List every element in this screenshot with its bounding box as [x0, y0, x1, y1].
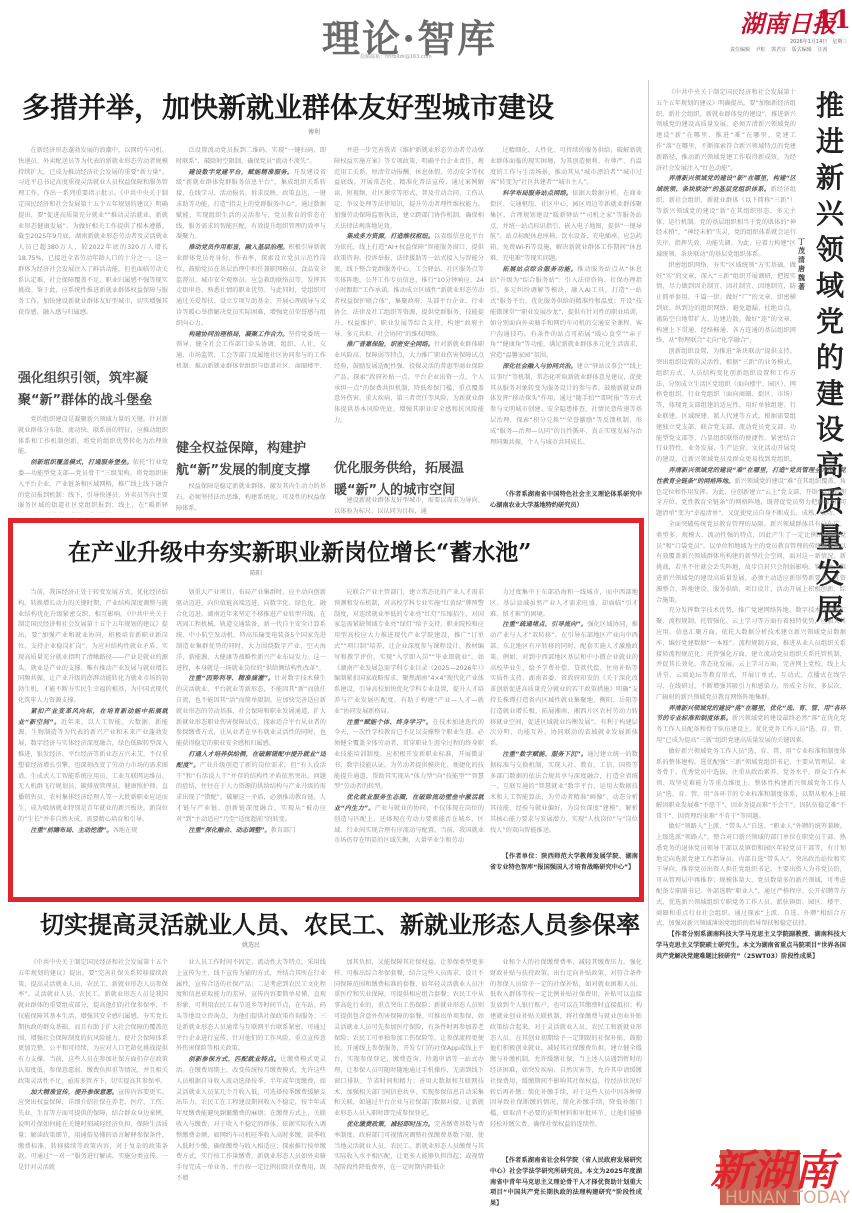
article-1-byline: 傅利: [308, 127, 320, 136]
paragraph-lead: 创新参保方式，匹配就业特点。: [188, 1056, 280, 1063]
article-3-col-2: 业人员工作时间不固定、流动性大等特点，采用线上宣传为主、线下宣传为辅的方式，并结…: [176, 958, 326, 1208]
paragraph: 强化区域协同，推动产业与人才“双转移”。在引导东部地区产业向中西部、东北地区有序…: [490, 621, 638, 747]
paragraph: 在新经济形态蓬勃发展的浪潮中，以网约车司机、快递员、外卖配送员等为代表的新就业形…: [18, 146, 168, 319]
paragraph: 依据大数据分析，在商业街区、交通枢纽、社区中心、园区周边等新就业群体聚集区，合理…: [490, 190, 642, 262]
editors: 责任编辑 尹虹 郭君宜 版式编辑 汪茜: [730, 46, 827, 53]
article-2-col-3: 应联合产业主管部门，建立常态化的产业人才需求预测和发布机制，对高校学科专业实施“…: [334, 588, 484, 893]
paragraph: 完善缴费基数与费率制度。政府部门可视情况调整社保缴费基数下限，使当地灵活就业人员…: [334, 1121, 484, 1171]
paragraph: 充分发挥数字技术优势，推广党建网络阵地。数字技术在信息汇聚、流程规制、托管强化、…: [656, 606, 846, 703]
author-note: （作者系湖南省中国特色社会主义理论体系研究中心湖南农业大学基地特约研究员）: [490, 490, 642, 512]
article-1-subhead-2: 健全权益保障，构建护航“新”发展的制度支撑: [176, 438, 326, 482]
article-1-col-1: 在新经济形态蓬勃发展的浪潮中，以网约车司机、快递员、外卖配送员等为代表的新就业形…: [18, 146, 168, 368]
paragraph: 加其负担，又能保障其社保权益。让参保类型更多样。可推出综合参保套餐，结合这些人员…: [334, 958, 484, 1120]
paragraph-lead: 注重“赋能个体、终身学习”。: [346, 719, 432, 726]
paragraph: 开发建设省级“新就业群体党群服务信息平台”，集成组织关系转接、在线学习、活动报名…: [176, 169, 326, 241]
paragraph: 针对新就业群体职业风险高、保障弱等特点，大力推广职业伤害保障试点经验，鼓励发展适…: [334, 341, 484, 424]
paragraph: 权益保障是稳定新就业群体、激发其内生动力的基石。必须坚持法治思维，构建系统化、可…: [176, 482, 326, 514]
paragraph: 做好“领路人”上派、“带头人”自选、“职业人”外聘的统筹兼顾。上级选派“领路人”…: [656, 822, 846, 930]
paragraph-lead: 推动党员作用彰显，融入基层治理。: [188, 244, 288, 251]
paragraph: 做好新兴领域党务工作人员“选、育、管、用”专业标准和制度体系的整体建构。选优配强…: [656, 747, 846, 823]
paragraph: 产业升级创造了新的岗位需求，但“有人没活干”和“有活没人干”并存的结构性矛盾依然…: [176, 762, 326, 823]
article-3-col-1: 《中共中央关于制定国民经济和社会发展第十五个五年规划的建议》提出，要“完善社保关…: [18, 958, 168, 1208]
paragraph: 推动服务站点从“休息站”升级为“综合服务站”：引入法律咨询、社保办理指引、多元纠…: [490, 266, 642, 359]
paragraph-lead: 集成多方资源，打造维权枢纽。: [346, 233, 434, 240]
paragraph-lead: 注重“前瞻布局、主动挖潜”。: [30, 827, 112, 834]
article-1-subhead-1: 强化组织引领，筑牢凝聚“新”群体的战斗堡垒: [18, 368, 168, 412]
paragraph: 党的组织建设是凝聚新兴领域力量的关键。针对新就业群体分布散、流动快、联系弱的特征…: [18, 415, 168, 458]
paragraph-lead: 注重“数字赋能、服务下沉”。: [502, 751, 587, 758]
paragraph-lead: 注重“深化融合、动态调整”。: [188, 827, 270, 834]
paragraph-lead: 建设数字党建平台，赋能精准服务。: [188, 169, 293, 176]
paragraph: 在技术加速迭代的今天，一次性学校教育已不足以支撑整个职业生涯。必须健全覆盖全体劳…: [334, 719, 484, 791]
paragraph-lead: 注重“疏通堵点、引导流向”。: [502, 621, 587, 628]
article-3-byline: 姚选民: [242, 940, 260, 949]
paragraph: 各地在规: [113, 827, 138, 834]
paragraph: 以省级信息化平台为依托，线上打造“AI+权益保障”智能服务窗口，提供政策咨询、投…: [334, 233, 484, 337]
article-1-col-1b: 党的组织建设是凝聚新兴领域力量的关键。针对新就业群体分布散、流动快、联系弱的特征…: [18, 415, 168, 513]
article-1-col-4: 过精细化、人性化、可持续的服务供给，破解新就业群体面临的现实困境，为其创造便利、…: [490, 146, 642, 490]
article-1-col-3: 并进一步完善我省《维护新就业形态劳动者劳动保障权益实施方案》等专项政策，明确平台…: [334, 146, 484, 436]
paragraph: 建设新就业群体友好型城市，需要以需求为导向、以体验为标尺、以认同为目标，通: [334, 496, 484, 516]
paragraph: 力过度集中于东部沿海和一线城市，而中西部地区、基层县域虽然产业人才需求旺盛，却面…: [490, 588, 638, 620]
paragraph: 过精细化、人性化、可持续的服务供给，破解新就业群体面临的现实困境，为其创造便利、…: [490, 146, 642, 189]
paragraph: 近年来，以人工智能、大数据、新能源、生物制造等为代表的新兴产业和未来产业蓬勃发展…: [18, 719, 168, 823]
article-2-byline: 陈阳: [250, 568, 262, 577]
column-divider: [648, 80, 649, 1190]
paragraph: 依托“行业党委—功能型党支部—党员骨干”三级架构，将党组织嵌入平台企业、产业链条…: [18, 459, 168, 513]
paragraph: 织密组织网络，夯实“区域统领”方实基础。做好“实”的文章，深入“三新”组织开展调…: [656, 261, 796, 347]
logo-text-en: HUNAN TODAY: [725, 1188, 850, 1208]
paragraph: 全面突破传统党员教育管理的局限。新兴领域群体具有分布广、类型多、规模大、流动性强…: [656, 520, 846, 606]
paragraph: 业人员工作时间不固定、流动性大等特点，采用线上宣传为主、线下宣传为辅的方式，并结…: [176, 958, 326, 1055]
article-1-headline[interactable]: 多措并举，加快新就业群体友好型城市建设: [22, 86, 554, 126]
paragraph: 业和个人的社保缴费费率，减轻其缴费压力。强化财政补贴与扶持政策。出台定向补贴政策…: [490, 958, 642, 1131]
paragraph: 积极引导新就业群体党员亮身份、作表率，探索设立党员示范性岗位，鼓励党员在基层治理…: [176, 244, 326, 327]
article-2-col-4: 力过度集中于东部沿海和一线城市，而中西部地区、基层县域虽然产业人才需求旺盛，却面…: [490, 588, 638, 850]
paragraph: 通过建立统一的数据标准与交换机制，实现人社、教育、工信、国资等多部门数据的依法合…: [490, 751, 638, 834]
paragraph: 建立“驿站议事会”“线上议事厅”等机制，常态化听取新就业群体意见建议，促使其从服…: [490, 363, 642, 446]
paragraph: 划重大产业项目、布局产业集群时，应主动向创新驱动迈进、向价值链高端迈进、向数字化…: [176, 588, 326, 674]
paragraph: 并进一步完善我省《维护新就业形态劳动者劳动保障权益实施方案》等专项政策，明确平台…: [334, 146, 484, 232]
paragraph-lead: 拓展站点综合服务功能。: [502, 266, 577, 273]
article-3-headline[interactable]: 切实提高灵活就业人员、农民工、新就业形态人员参保率: [40, 905, 640, 940]
paragraph: 《中共中央关于制定国民经济和社会发展第十五个五年规划的建议》提出，要“完善社保关…: [18, 958, 168, 1088]
paragraph: 教育部门: [271, 827, 296, 834]
paragraph-lead: 注重“因势利导、精准滴灌”。: [188, 675, 274, 682]
article-2-col-2: 划重大产业项目、布局产业集群时，应主动向创新驱动迈进、向价值链高端迈进、向数字化…: [176, 588, 326, 893]
paragraph: 应联合产业主管部门，建立常态化的产业人才需求预测和发布机制，对高校学科专业实施“…: [334, 588, 484, 718]
paragraph-lead: 创新组织覆盖模式，打通服务堡垒。: [30, 459, 132, 466]
article-1-col-3b: 建设新就业群体友好型城市，需要以需求为导向、以体验为标尺、以认同为目标，通: [334, 496, 484, 516]
paragraph-lead: 推广普惠保险，织密安全网络。: [346, 341, 434, 348]
page-number: 11: [816, 5, 851, 34]
paragraph-lead: 深化社会融入与协同共治。: [502, 363, 576, 370]
paragraph: 创新组织设置，为推进“条块联动”提供支持。突出组织设置的灵活性，根据“三新”的业…: [656, 347, 796, 466]
author-note: 【作者系湖南省社会科学院（省人民政府发展研究中心）社会学法学研究所研究员。本文为…: [490, 1156, 642, 1210]
article-2-col-1: 当前，我国经济正处于转变发展方式、优化经济结构、转换增长动力的关键时期，产业结构…: [18, 588, 168, 893]
article-1-col-2b: 权益保障是稳定新就业群体、激发其内生动力的基石。必须坚持法治思维，构建系统化、可…: [176, 482, 326, 514]
paragraph-lead: 构建协同治理格局，凝聚工作合力。: [188, 331, 288, 338]
article-1-author-note: （作者系湖南省中国特色社会主义理论体系研究中心湖南农业大学基地特约研究员）: [490, 490, 642, 514]
masthead: 理论·智库 投稿邮箱：hnrbllzk@163.com 湖南日报 11 2026…: [0, 0, 852, 78]
paragraph: 《中共中央关于制定国民经济和社会发展第十五个五年规划的建议》明确提出，要“加强新…: [656, 88, 796, 174]
paragraph: 当前，我国经济正处于转变发展方式、优化经济结构、转换增长动力的关键时期，产业结构…: [18, 588, 168, 707]
paragraph: 让缴费模式更灵活。在缴费周期上，改变传统按月缴费模式，允许这些人员根据自身收入波…: [176, 1056, 326, 1182]
hunan-today-logo: 新湖南 HUNAN TODAY: [710, 1140, 850, 1210]
article-4-col-bottom: 弄清新兴领域党的建设“难”在哪里，打造“党员管理全方位、党性教育全链条”的网格阵…: [656, 466, 846, 1146]
article-4-col-top: 《中共中央关于制定国民经济和社会发展第十五个五年规划的建议》明确提出，要“加强新…: [656, 88, 796, 466]
issue-date: 2026年1月14日 星期三: [790, 38, 847, 45]
paragraph: 新经济组织、新社会组织、新就业群体（以下简称“三新”）等新兴领域党的建设“新”在…: [656, 186, 796, 258]
paragraph-lead: 优化缴费政策，减轻即时压力。: [346, 1121, 434, 1128]
article-4-authors: 丁茂清 唐魏著: [798, 238, 808, 292]
article-2-headline[interactable]: 在产业升级中夯实新职业新岗位增长“蓄水池”: [68, 534, 531, 567]
article-3-col-4: 业和个人的社保缴费费率，减轻其缴费压力。强化财政补贴与扶持政策。出台定向补贴政策…: [490, 958, 642, 1156]
paragraph-lead: 科学布局服务站点网络。: [502, 190, 572, 197]
article-3-author-note: 【作者系湖南省社会科学院（省人民政府发展研究中心）社会学法学研究所研究员。本文为…: [490, 1156, 642, 1210]
contact-email: 投稿邮箱：hnrbllzk@163.com: [360, 53, 432, 60]
article-3-col-3: 加其负担，又能保障其社保权益。让参保类型更多样。可推出综合参保套餐，结合这些人员…: [334, 958, 484, 1208]
paragraph-lead: 加大精准宣传，提升参保意愿。: [30, 1089, 118, 1096]
paragraph: 针对数字技术催生的灵活就业、平台就业等新形态，不能因其“新”而放任自流，也不能因…: [176, 675, 326, 747]
paragraph: 宣传内容要更实。应突出权益保障，详细介绍社保在养老、医疗、工伤、失业、生育等方面…: [18, 1089, 168, 1172]
author-note: 【作者分别系湖南科技大学马克思主义学院副教授、湖南科技大学马克思主义学院硕士研究…: [656, 930, 846, 962]
article-2-author-note: 【作者单位：陕西师范大学教师发展学院、湖南省专业特色智库“报国强国人才培育战略研…: [490, 852, 638, 888]
paragraph: 泛设置流动党员报到二维码，实现“一键扫码、即时联系”，破除时空限制，确保党员“流…: [176, 146, 326, 168]
article-1-col-2: 泛设置流动党员报到二维码，实现“一键扫码、即时联系”，破除时空限制，确保党员“流…: [176, 146, 326, 368]
author-note: 【作者单位：陕西师范大学教师发展学院、湖南省专业特色智库“报国强国人才培育战略研…: [490, 852, 638, 874]
